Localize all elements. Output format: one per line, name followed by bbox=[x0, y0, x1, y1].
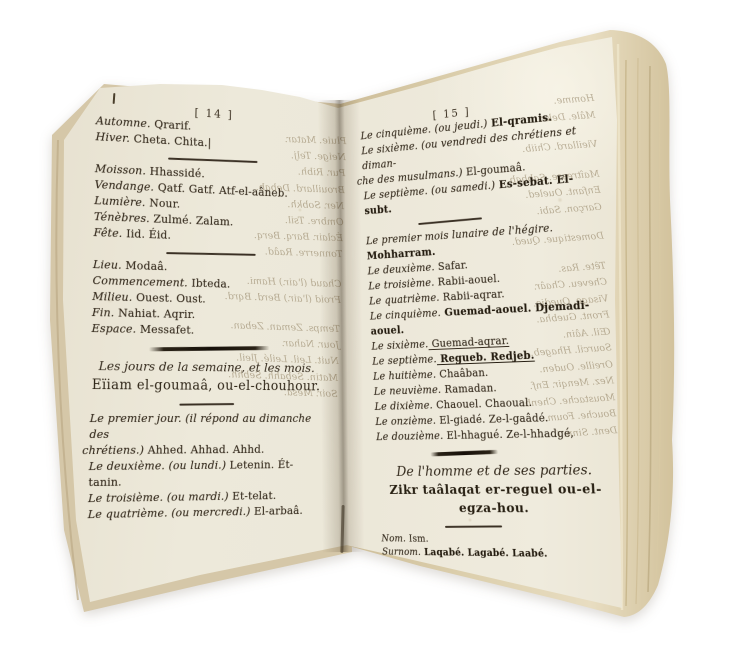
entry-transliteration: Zulmé. Zalam. bbox=[150, 212, 234, 228]
entry-transliteration: Et-telat. bbox=[229, 489, 277, 502]
entry-transliteration: Hhassidé. bbox=[146, 165, 205, 181]
entry-french-term: Surnom. bbox=[382, 547, 421, 558]
entry-transliteration: Laqabé. Lagabé. Laabé. bbox=[421, 547, 548, 559]
page-14-sections: Automne. Qrarif.Hiver. Cheta. Chita.|Moi… bbox=[88, 113, 327, 523]
entry-french-term: Nom. bbox=[381, 534, 406, 545]
entry-french-term: Le troisième. bbox=[368, 276, 435, 292]
entry-row: Le quatrième. (ou mercredi.) El-arbaâ. bbox=[88, 503, 320, 523]
entry-french-term: Vendange. bbox=[94, 178, 154, 194]
section-divider-thick-rule bbox=[148, 346, 269, 351]
entry-transliteration: Cheta. Chita.| bbox=[130, 132, 212, 149]
entry-transliteration: Safar. bbox=[434, 259, 468, 274]
entry-french-term: Le troisième. (ou mardi.) bbox=[88, 490, 229, 505]
entry-transliteration: Iid. Éid. bbox=[122, 227, 171, 242]
entry-transliteration: Chaouel. Chaoual. bbox=[433, 396, 533, 411]
entry-french-term: Le deuxième. (ou lundi.) bbox=[89, 459, 227, 473]
entry-french-term: Espace. bbox=[92, 322, 137, 336]
entry-row: Le premier jour. (il répond au dimanche … bbox=[89, 411, 321, 443]
entry-french-term: Le neuvième. bbox=[374, 383, 442, 397]
section-divider-rule bbox=[166, 252, 255, 256]
section-divider-short-rule bbox=[445, 525, 502, 527]
entry-french-term: chrétiens.) bbox=[82, 444, 144, 457]
entry-transliteration: Regueb. Redjeb. bbox=[436, 349, 535, 365]
entry-french-term: Fête. bbox=[93, 226, 122, 240]
entry-french-term: Le premier mois lunaire de l'hégire. bbox=[366, 221, 554, 247]
section-divider-rule bbox=[418, 217, 482, 225]
entry-french-term: Le septième. bbox=[372, 353, 437, 368]
entry-transliteration: El-arbaâ. bbox=[250, 504, 303, 518]
chapter-heading-transliteration: Eïiam el-goumaâ, ou-el-chouhour. bbox=[90, 376, 321, 396]
entry-french-term: Le onzième. bbox=[375, 414, 436, 428]
entry-transliteration: Ramadan. bbox=[441, 382, 497, 396]
entry-french-term: Ténèbres. bbox=[94, 210, 150, 225]
entry-french-term: Le huitième. bbox=[373, 368, 437, 383]
entry-french-term: Le cinquième. bbox=[370, 306, 442, 322]
entry-transliteration: Messafet. bbox=[136, 323, 194, 337]
entry-french-term: Hiver. bbox=[95, 130, 130, 145]
entry-french-term: Lumière. bbox=[94, 194, 146, 209]
entry-transliteration: Guemad-aqrar. bbox=[428, 334, 509, 350]
entry-transliteration: Ibteda. bbox=[188, 277, 231, 291]
entry-french-term: Moisson. bbox=[95, 162, 146, 177]
entry-transliteration: Chaâban. bbox=[436, 366, 489, 380]
section-divider-rule bbox=[168, 158, 257, 163]
entry-transliteration: Rabii-aouel. bbox=[434, 272, 500, 288]
chapter-heading: De l'homme et de ses parties. bbox=[378, 460, 613, 482]
entry-transliteration: Nour. bbox=[146, 196, 181, 210]
entry-transliteration: Rabii-aqrar. bbox=[439, 288, 505, 304]
chapter-heading-transliteration: Zikr taâlaqat er-reguel ou-el-egza-hou. bbox=[379, 480, 616, 518]
entry-french-term: Commencement. bbox=[93, 274, 188, 289]
entry-french-term: Le dixième. bbox=[374, 399, 433, 413]
entry-transliteration: Ouest. Oust. bbox=[132, 291, 206, 306]
entry-group: Moisson. Hhassidé.Vendange. Qatf. Gatf. … bbox=[93, 161, 325, 249]
entry-transliteration: Ism. bbox=[406, 534, 429, 545]
entry-french-term: Le sixième. bbox=[371, 338, 428, 353]
entry-french-term: Fin. bbox=[92, 306, 115, 319]
entry-french-term: Le quatrième. bbox=[369, 291, 440, 307]
entry-transliteration: Qrarif. bbox=[151, 118, 192, 133]
open-book-photo: Pluie. Matar.Neige. Telj.Pur. Ribh.Broui… bbox=[0, 0, 750, 656]
entry-transliteration: El-hhagué. Ze-l-hhadgé, bbox=[443, 427, 574, 442]
entry-group: Le premier mois lunaire de l'hégire. Moh… bbox=[366, 217, 611, 445]
page-15-text: [ 15 ] Le cinquième. (ou jeudi.) El-qram… bbox=[360, 93, 618, 563]
page-15-sections: Le cinquième. (ou jeudi.) El-qramis.Le s… bbox=[360, 106, 617, 563]
section-divider-short-rule bbox=[179, 403, 234, 406]
entry-french-term: Le premier jour. (il répond au dimanche … bbox=[89, 412, 311, 441]
page-14-text: [ 14 ] Automne. Qrarif.Hiver. Cheta. Chi… bbox=[87, 100, 327, 570]
entry-group: Le premier jour. (il répond au dimanche … bbox=[88, 411, 321, 523]
section-divider-thick-rule bbox=[430, 450, 498, 457]
entry-french-term: Milieu. bbox=[92, 290, 132, 304]
entry-transliteration: Ahhed. Ahhad. Ahhd. bbox=[144, 443, 265, 456]
entry-french-term: Le quatrième. (ou mercredi.) bbox=[88, 505, 251, 521]
entry-group: Nom. Ism.Surnom. Laqabé. Lagabé. Laabé. bbox=[381, 533, 617, 563]
entry-french-term: Lieu. bbox=[93, 258, 122, 272]
entry-transliteration: El-giadé. Ze-l-gaâdé. bbox=[436, 411, 549, 426]
entry-group: Lieu. Modaâ.Commencement. Ibteda.Milieu.… bbox=[91, 257, 323, 341]
entry-transliteration: Nahiat. Aqrir. bbox=[114, 307, 195, 322]
entry-french-term: Le douzième. bbox=[376, 429, 444, 443]
entry-row: Espace. Messafet. bbox=[91, 321, 322, 341]
entry-row: Le deuxième. (ou lundi.) Letenin. Ét-tan… bbox=[88, 457, 320, 491]
chapter-heading: Les jours de la semaine, et les mois. bbox=[91, 356, 322, 378]
entry-transliteration: Modaâ. bbox=[122, 259, 168, 273]
entry-french-term: Automne. bbox=[96, 114, 151, 130]
